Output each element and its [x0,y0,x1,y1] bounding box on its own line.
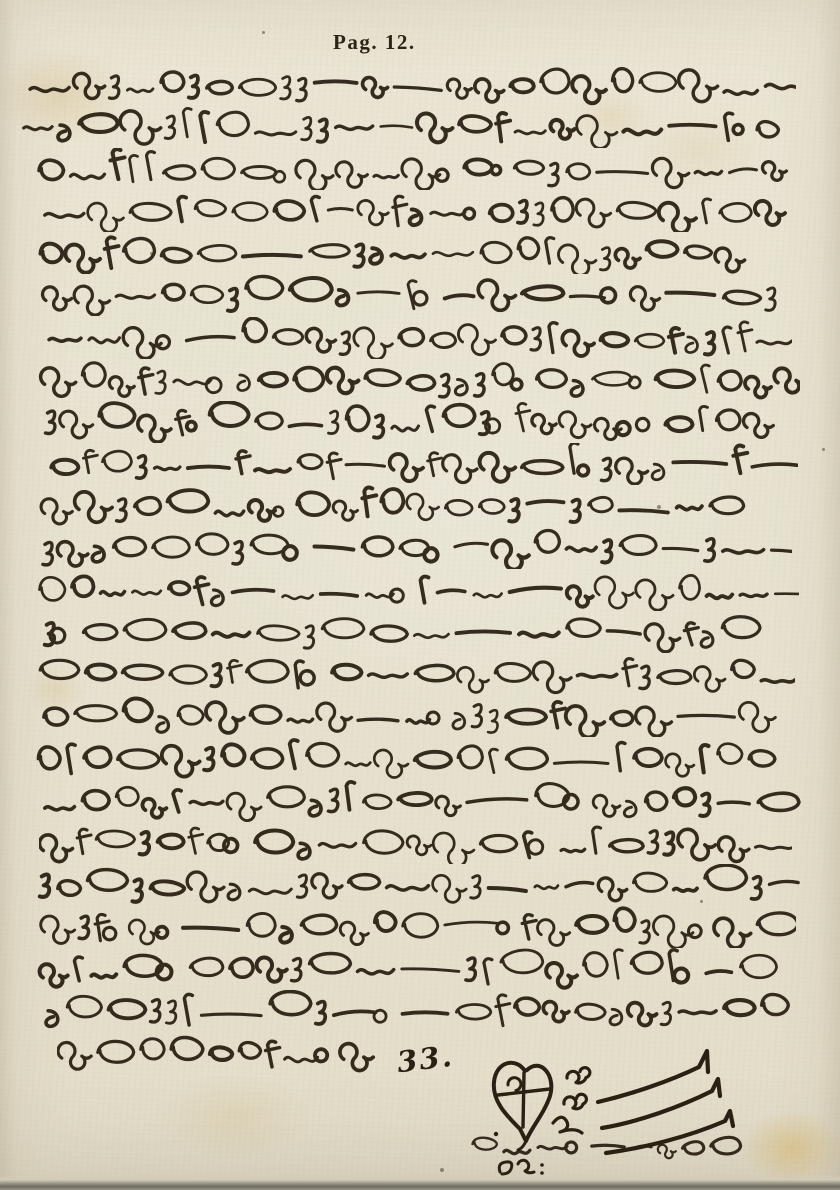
script-line [16,569,826,611]
script-line [16,527,826,569]
ink-speck [150,252,153,255]
signature-cross-vertical [523,1073,524,1127]
script-line [16,190,826,232]
script-line [16,611,826,653]
script-line [16,106,826,148]
ink-speck [440,1168,444,1172]
page-bottom-edge [0,1175,840,1190]
manuscript-text-block [16,64,826,1074]
script-line [16,443,826,485]
manuscript-page: Pag. 12. 33. [0,0,840,1190]
script-line [16,948,826,990]
script-line [16,695,826,737]
script-line [16,359,826,401]
ink-speck [262,31,265,34]
ink-speck [657,505,661,509]
script-line [16,232,826,274]
script-line [16,64,826,106]
page-number-label: Pag. 12. [333,30,416,55]
script-line [16,738,826,780]
script-line [16,906,826,948]
ink-speck [700,900,703,903]
script-line [16,485,826,527]
script-line [16,990,826,1032]
script-line [16,864,826,906]
script-line [16,401,826,443]
script-line [16,822,826,864]
ink-speck [822,448,825,451]
script-line [16,274,826,316]
script-line [16,317,826,359]
signature-spiral-marks [553,1068,590,1133]
script-line [16,148,826,190]
script-line [16,653,826,695]
script-line [16,780,826,822]
